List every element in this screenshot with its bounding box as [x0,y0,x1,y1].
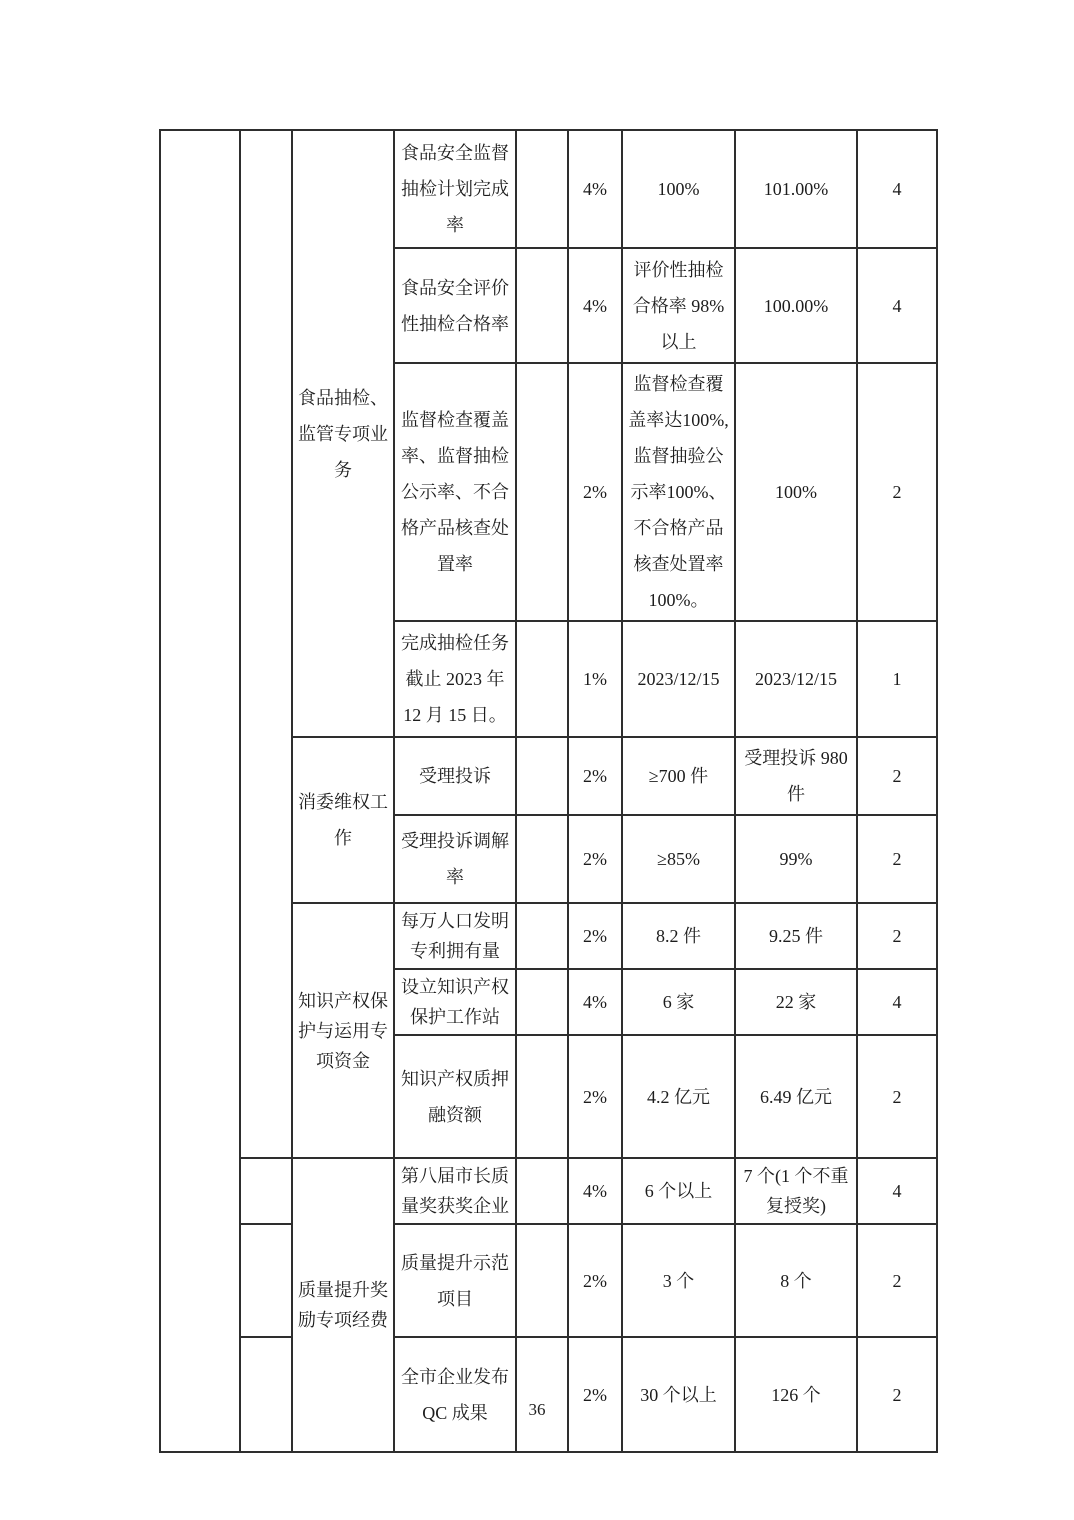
table-row: 食品抽检、监管专项业务 食品安全监督抽检计划完成率 4% 100% 101.00… [160,130,937,248]
target-cell: 评价性抽检合格率 98% 以上 [622,248,735,363]
indicator-cell: 食品安全监督抽检计划完成率 [394,130,516,248]
target-cell: 8.2 件 [622,903,735,969]
score-cell: 2 [857,1337,937,1452]
category-cell: 消委维权工作 [292,737,394,903]
table-row: 质量提升示范项目 2% 3 个 8 个 2 [160,1224,937,1337]
weight-cell: 2% [568,1337,622,1452]
target-cell: 6 个以上 [622,1158,735,1224]
indicator-cell: 质量提升示范项目 [394,1224,516,1337]
score-cell: 2 [857,1035,937,1158]
indicator-cell: 第八届市长质量奖获奖企业 [394,1158,516,1224]
actual-cell: 9.25 件 [735,903,857,969]
performance-table-wrap: 食品抽检、监管专项业务 食品安全监督抽检计划完成率 4% 100% 101.00… [159,129,938,1453]
performance-table: 食品抽检、监管专项业务 食品安全监督抽检计划完成率 4% 100% 101.00… [159,129,938,1453]
empty-cell-col5 [516,969,568,1035]
target-cell: ≥700 件 [622,737,735,815]
weight-cell: 2% [568,1224,622,1337]
score-cell: 2 [857,1224,937,1337]
score-cell: 2 [857,363,937,621]
indicator-cell: 完成抽检任务截止 2023 年 12 月 15 日。 [394,621,516,737]
weight-cell: 4% [568,969,622,1035]
indicator-cell: 受理投诉调解率 [394,815,516,903]
actual-cell: 100% [735,363,857,621]
score-cell: 1 [857,621,937,737]
score-cell: 4 [857,1158,937,1224]
weight-cell: 2% [568,363,622,621]
empty-cell-col2 [240,130,292,1158]
indicator-cell: 食品安全评价性抽检合格率 [394,248,516,363]
empty-cell-col5 [516,248,568,363]
empty-cell-col1 [160,130,240,1452]
actual-cell: 100.00% [735,248,857,363]
score-cell: 2 [857,815,937,903]
indicator-cell: 设立知识产权保护工作站 [394,969,516,1035]
indicator-cell: 受理投诉 [394,737,516,815]
category-cell: 食品抽检、监管专项业务 [292,130,394,737]
category-cell: 知识产权保护与运用专项资金 [292,903,394,1158]
score-cell: 2 [857,903,937,969]
weight-cell: 2% [568,1035,622,1158]
indicator-cell: 知识产权质押融资额 [394,1035,516,1158]
empty-cell-col5 [516,815,568,903]
actual-cell: 101.00% [735,130,857,248]
empty-cell-col2 [240,1337,292,1452]
indicator-cell: 全市企业发布 QC 成果 [394,1337,516,1452]
indicator-cell: 监督检查覆盖率、监督抽检公示率、不合格产品核查处置率 [394,363,516,621]
empty-cell-col5 [516,363,568,621]
score-cell: 4 [857,969,937,1035]
actual-cell: 6.49 亿元 [735,1035,857,1158]
actual-cell: 22 家 [735,969,857,1035]
actual-cell: 2023/12/15 [735,621,857,737]
empty-cell-col5 [516,621,568,737]
weight-cell: 4% [568,1158,622,1224]
actual-cell: 7 个(1 个不重复授奖) [735,1158,857,1224]
empty-cell-col5 [516,1224,568,1337]
indicator-cell: 每万人口发明专利拥有量 [394,903,516,969]
weight-cell: 1% [568,621,622,737]
actual-cell: 8 个 [735,1224,857,1337]
empty-cell-col5 [516,1035,568,1158]
table-row: 质量提升奖励专项经费 第八届市长质量奖获奖企业 4% 6 个以上 7 个(1 个… [160,1158,937,1224]
empty-cell-col2 [240,1224,292,1337]
target-cell: 30 个以上 [622,1337,735,1452]
score-cell: 2 [857,737,937,815]
actual-cell: 受理投诉 980 件 [735,737,857,815]
target-cell: 2023/12/15 [622,621,735,737]
target-cell: 6 家 [622,969,735,1035]
target-cell: ≥85% [622,815,735,903]
document-page: 食品抽检、监管专项业务 食品安全监督抽检计划完成率 4% 100% 101.00… [0,0,1074,1520]
weight-cell: 2% [568,815,622,903]
target-cell: 3 个 [622,1224,735,1337]
target-cell: 100% [622,130,735,248]
page-number: 36 [0,1400,1074,1420]
actual-cell: 126 个 [735,1337,857,1452]
score-cell: 4 [857,130,937,248]
weight-cell: 2% [568,737,622,815]
weight-cell: 4% [568,248,622,363]
empty-cell-col5 [516,903,568,969]
empty-cell-col5 [516,130,568,248]
weight-cell: 2% [568,903,622,969]
target-cell: 4.2 亿元 [622,1035,735,1158]
weight-cell: 4% [568,130,622,248]
empty-cell-col5 [516,1337,568,1452]
actual-cell: 99% [735,815,857,903]
empty-cell-col2 [240,1158,292,1224]
target-cell: 监督检查覆盖率达100%,监督抽验公示率100%、不合格产品核查处置率 100%… [622,363,735,621]
score-cell: 4 [857,248,937,363]
table-row: 全市企业发布 QC 成果 2% 30 个以上 126 个 2 [160,1337,937,1452]
empty-cell-col5 [516,1158,568,1224]
empty-cell-col5 [516,737,568,815]
